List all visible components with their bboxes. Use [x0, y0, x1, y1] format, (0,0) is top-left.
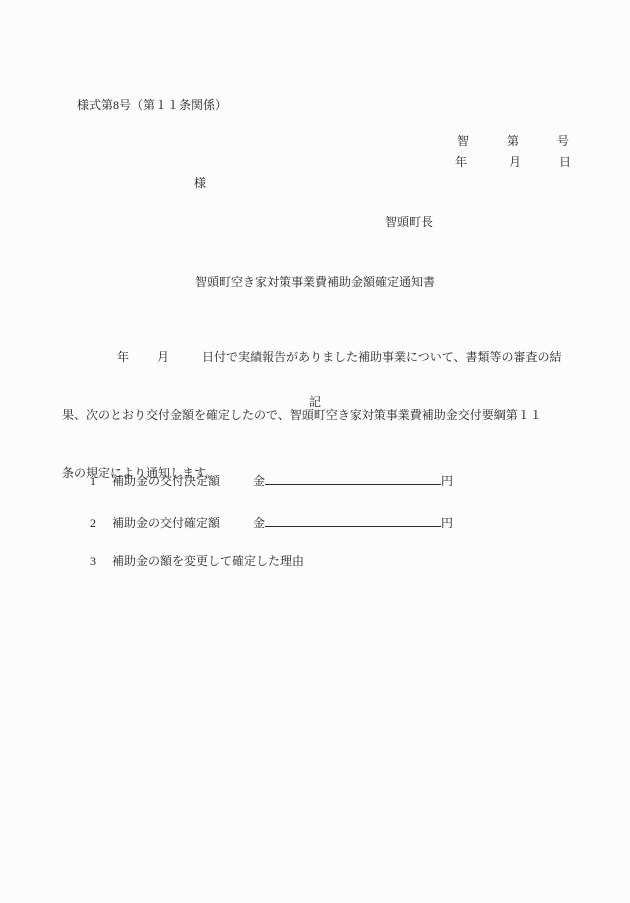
item-1-unit-suffix: 円: [441, 474, 453, 488]
date-month-label: 月: [509, 155, 521, 169]
item-3-number: 3: [90, 553, 112, 570]
item-2-currency-prefix: 金: [253, 516, 265, 530]
addressee-honorific: 様: [194, 175, 206, 192]
date-line: 年月日: [443, 137, 571, 188]
date-day-label: 日: [559, 155, 571, 169]
body-month-blank: 月: [157, 350, 169, 364]
sender-title: 智頭町長: [385, 214, 433, 231]
item-1-amount-blank-line: [265, 471, 441, 485]
item-2-amount-blank-line: [265, 513, 441, 527]
form-number: 様式第8号（第１１条関係）: [77, 97, 227, 114]
item-1-currency-prefix: 金: [253, 474, 265, 488]
item-row-3: 3補助金の額を変更して確定した理由: [78, 536, 304, 587]
document-title: 智頭町空き家対策事業費補助金額確定通知書: [0, 274, 630, 291]
body-year-blank: 年: [117, 350, 129, 364]
item-1-number: 1: [90, 473, 112, 490]
item-3-label: 補助金の額を変更して確定した理由: [112, 553, 304, 570]
item-2-number: 2: [90, 515, 112, 532]
section-marker-ki: 記: [0, 394, 630, 411]
body-line-1: 年月日付で実績報告がありました補助事業について、書類等の審査の結: [62, 345, 567, 369]
date-year-label: 年: [455, 155, 467, 169]
item-1-label: 補助金の交付決定額: [112, 473, 253, 490]
document-page: 様式第8号（第１１条関係） 智第号 年月日 様 智頭町長 智頭町空き家対策事業費…: [0, 0, 630, 903]
body-line-1-text: 日付で実績報告がありました補助事業について、書類等の審査の結: [202, 350, 562, 364]
item-2-label: 補助金の交付確定額: [112, 515, 253, 532]
item-2-unit-suffix: 円: [441, 516, 453, 530]
